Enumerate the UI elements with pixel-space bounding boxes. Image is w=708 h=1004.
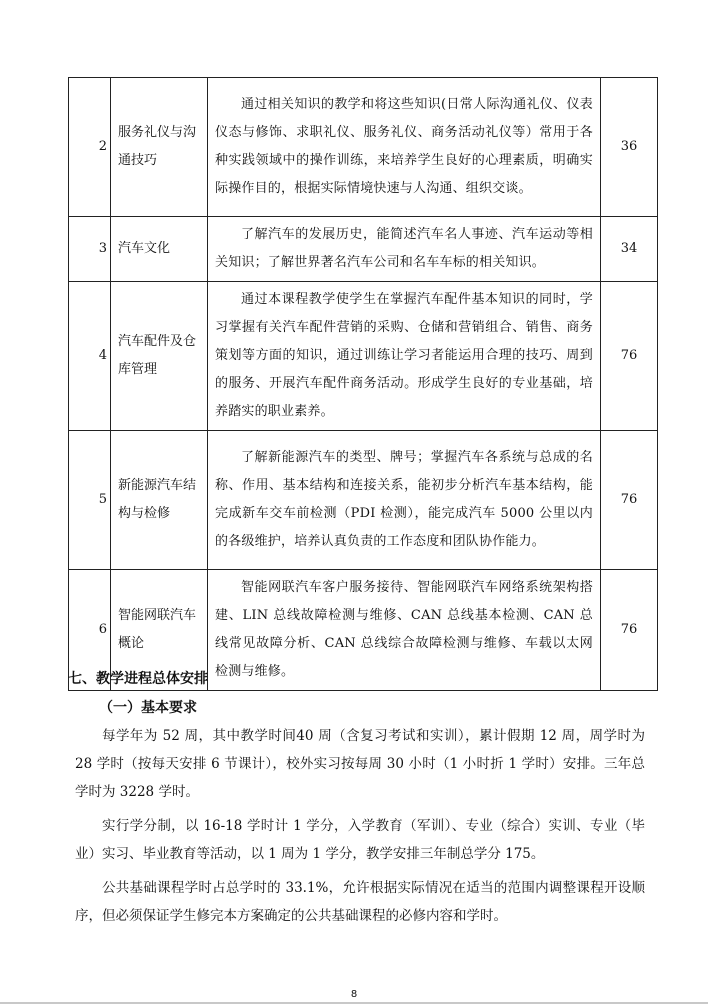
paragraph: 公共基础课程学时占总学时的 33.1%，允许根据实际情况在适当的范围内调整课程开… — [75, 874, 645, 930]
course-hours: 76 — [601, 431, 658, 570]
row-number: 4 — [69, 282, 111, 431]
course-name: 汽车文化 — [111, 217, 208, 282]
course-hours: 34 — [601, 217, 658, 282]
course-name: 服务礼仪与沟通技巧 — [111, 78, 208, 217]
course-table: 2 服务礼仪与沟通技巧 通过相关知识的教学和将这些知识(日常人际沟通礼仪、仪表仪… — [68, 77, 658, 691]
table-row: 2 服务礼仪与沟通技巧 通过相关知识的教学和将这些知识(日常人际沟通礼仪、仪表仪… — [69, 78, 658, 217]
course-description: 智能网联汽车客户服务接待、智能网联汽车网络系统架构搭建、LIN 总线故障检测与维… — [208, 570, 601, 691]
course-description: 通过相关知识的教学和将这些知识(日常人际沟通礼仪、仪表仪态与修饰、求职礼仪、服务… — [208, 78, 601, 217]
page-number: 8 — [0, 989, 708, 1000]
paragraph: 每学年为 52 周，其中教学时间40 周（含复习考试和实训），累计假期 12 周… — [75, 722, 645, 806]
row-number: 2 — [69, 78, 111, 217]
body-paragraphs: 每学年为 52 周，其中教学时间40 周（含复习考试和实训），累计假期 12 周… — [75, 722, 645, 936]
table-row: 5 新能源汽车结构与检修 了解新能源汽车的类型、牌号；掌握汽车各系统与总成的名称… — [69, 431, 658, 570]
section-heading: 七、教学进程总体安排 — [68, 668, 208, 688]
course-name: 新能源汽车结构与检修 — [111, 431, 208, 570]
course-description: 了解新能源汽车的类型、牌号；掌握汽车各系统与总成的名称、作用、基本结构和连接关系… — [208, 431, 601, 570]
document-page: 2 服务礼仪与沟通技巧 通过相关知识的教学和将这些知识(日常人际沟通礼仪、仪表仪… — [0, 0, 708, 1004]
course-description: 了解汽车的发展历史，能简述汽车名人事迹、汽车运动等相关知识；了解世界著名汽车公司… — [208, 217, 601, 282]
course-name: 汽车配件及仓库管理 — [111, 282, 208, 431]
course-description: 通过本课程教学使学生在掌握汽车配件基本知识的同时，学习掌握有关汽车配件营销的采购… — [208, 282, 601, 431]
row-number: 5 — [69, 431, 111, 570]
course-hours: 76 — [601, 570, 658, 691]
course-hours: 36 — [601, 78, 658, 217]
table-row: 4 汽车配件及仓库管理 通过本课程教学使学生在掌握汽车配件基本知识的同时，学习掌… — [69, 282, 658, 431]
row-number: 3 — [69, 217, 111, 282]
subsection-heading: （一）基本要求 — [99, 697, 197, 717]
table-row: 3 汽车文化 了解汽车的发展历史，能简述汽车名人事迹、汽车运动等相关知识；了解世… — [69, 217, 658, 282]
course-hours: 76 — [601, 282, 658, 431]
paragraph: 实行学分制，以 16-18 学时计 1 学分，入学教育（军训）、专业（综合）实训… — [75, 812, 645, 868]
